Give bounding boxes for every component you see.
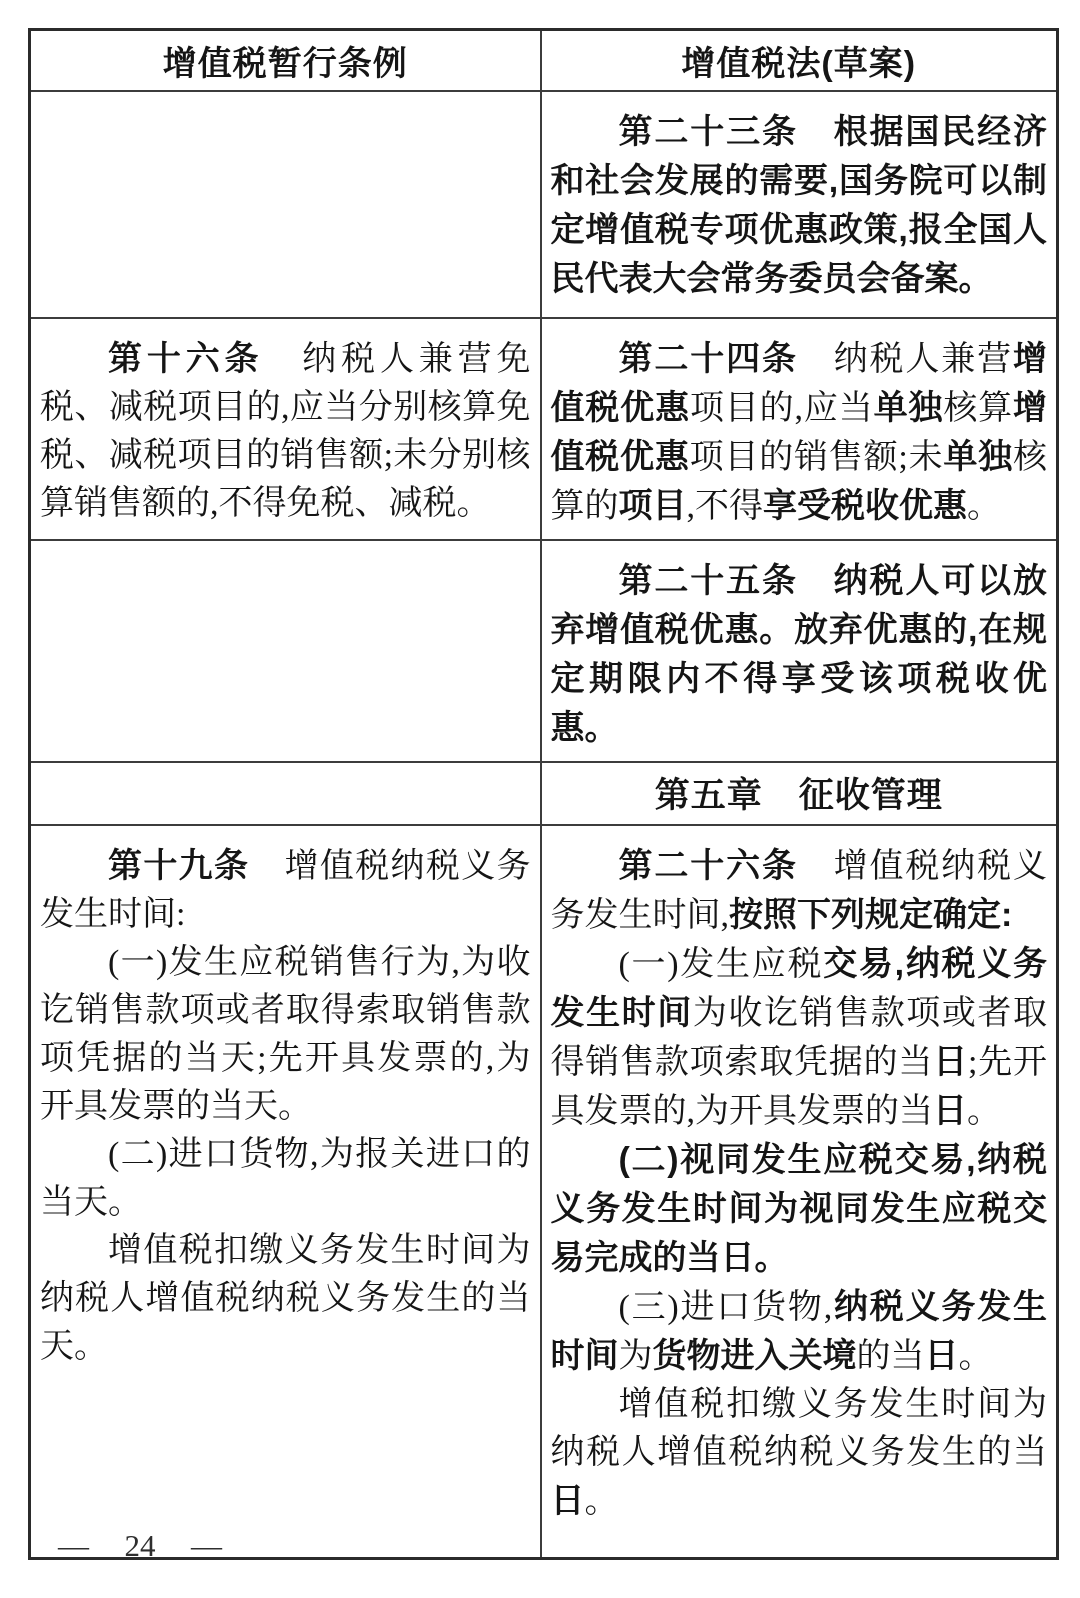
vat-law-comparison-table: 增值税暂行条例 增值税法(草案) 第二十三条 根据国民经济和社会发展的需要,国务… (28, 28, 1059, 1560)
cell-law-article-23: 第二十三条 根据国民经济和社会发展的需要,国务院可以制定增值税专项优惠政策,报全… (541, 91, 1058, 318)
body-text: 的当 (857, 1338, 925, 1375)
cell-regulation-article-16: 第十六条 纳税人兼营免税、减税项目的,应当分别核算免税、减税项目的销售额;未分别… (30, 318, 541, 540)
paragraph: (三)进口货物,纳税义务发生时间为货物进入关境的当日。 (551, 1283, 1048, 1381)
emphasized-text: 享受税收优惠 (763, 487, 967, 525)
emphasized-text: (二)视同发生应税交易,纳税义务发生时间为视同发生应税交易完成的当日。 (551, 1141, 1048, 1277)
emphasized-text: 第二十五条 纳税人可以放弃增值税优惠。放弃优惠的,在规定期限内不得享受该项税收优… (551, 562, 1048, 747)
emphasized-text: 项目 (619, 487, 687, 525)
body-text: 为 (619, 1338, 653, 1375)
body-text: 项目的,应当 (690, 390, 874, 427)
row-article-25: 第二十五条 纳税人可以放弃增值税优惠。放弃优惠的,在规定期限内不得享受该项税收优… (30, 540, 1058, 762)
cell-regulation-empty-1 (30, 91, 541, 318)
body-text: 核算 (943, 390, 1013, 427)
body-text: 纳税人兼营 (798, 341, 1013, 378)
paragraph: (二)视同发生应税交易,纳税义务发生时间为视同发生应税交易完成的当日。 (551, 1136, 1048, 1283)
paragraph: 第二十五条 纳税人可以放弃增值税优惠。放弃优惠的,在规定期限内不得享受该项税收优… (551, 557, 1048, 753)
header-left-title: 增值税暂行条例 (30, 30, 541, 91)
emphasized-text: 第二十六条 (619, 847, 798, 885)
body-text: 项目的销售额;未 (690, 439, 944, 476)
emphasized-text: 第二十四条 (619, 340, 798, 378)
body-text: (一)发生应税销售行为,为收讫销售款项或者取得索取销售款项凭据的当天;先开具发票… (40, 944, 531, 1125)
emphasized-text: 货物进入关境 (653, 1337, 857, 1375)
cell-regulation-empty-3 (30, 762, 541, 825)
paragraph: 第二十四条 纳税人兼营增值税优惠项目的,应当单独核算增值税优惠项目的销售额;未单… (551, 335, 1048, 531)
paragraph: (二)进口货物,为报关进口的当天。 (40, 1131, 531, 1227)
paragraph: (一)发生应税交易,纳税义务发生时间为收讫销售款项或者取得销售款项索取凭据的当日… (551, 940, 1048, 1136)
body-text: (一)发生应税 (619, 946, 824, 983)
body-text: (二)进口货物,为报关进口的当天。 (40, 1136, 531, 1221)
paragraph: 增值税扣缴义务发生时间为纳税人增值税纳税义务发生的当日。 (551, 1381, 1048, 1526)
paragraph: 第二十六条 增值税纳税义务发生时间,按照下列规定确定: (551, 842, 1048, 940)
chapter-5-heading: 第五章 征收管理 (541, 762, 1058, 825)
paragraph: 第十九条 增值税纳税义务发生时间: (40, 842, 531, 939)
body-text: 。 (959, 1338, 993, 1375)
emphasized-text: 单独 (943, 438, 1013, 476)
body-text: 。 (967, 488, 1001, 525)
document-page: 增值税暂行条例 增值税法(草案) 第二十三条 根据国民经济和社会发展的需要,国务… (0, 0, 1080, 1598)
row-article-23: 第二十三条 根据国民经济和社会发展的需要,国务院可以制定增值税专项优惠政策,报全… (30, 91, 1058, 318)
emphasized-text: 日 (933, 1092, 967, 1130)
paragraph: 第二十三条 根据国民经济和社会发展的需要,国务院可以制定增值税专项优惠政策,报全… (551, 108, 1048, 304)
body-text: (三)进口货物, (619, 1289, 833, 1326)
emphasized-text: 第十六条 (108, 340, 263, 378)
emphasized-text: 第二十三条 根据国民经济和社会发展的需要,国务院可以制定增值税专项优惠政策,报全… (551, 113, 1048, 298)
emphasized-text: 单独 (874, 389, 944, 427)
cell-law-article-25: 第二十五条 纳税人可以放弃增值税优惠。放弃优惠的,在规定期限内不得享受该项税收优… (541, 540, 1058, 762)
row-chapter-5: 第五章 征收管理 (30, 762, 1058, 825)
body-text: ,不得 (687, 488, 764, 525)
cell-regulation-empty-2 (30, 540, 541, 762)
paragraph: (一)发生应税销售行为,为收讫销售款项或者取得索取销售款项凭据的当天;先开具发票… (40, 939, 531, 1131)
body-text: 增值税扣缴义务发生时间为纳税人增值税纳税义务发生的当 (551, 1386, 1048, 1471)
cell-law-article-26: 第二十六条 增值税纳税义务发生时间,按照下列规定确定:(一)发生应税交易,纳税义… (541, 825, 1058, 1559)
emphasized-text: 第十九条 (108, 847, 249, 885)
body-text: 。 (585, 1483, 619, 1520)
paragraph: 增值税扣缴义务发生时间为纳税人增值税纳税义务发生的当天。 (40, 1227, 531, 1371)
row-article-16-vs-24: 第十六条 纳税人兼营免税、减税项目的,应当分别核算免税、减税项目的销售额;未分别… (30, 318, 1058, 540)
paragraph: 第十六条 纳税人兼营免税、减税项目的,应当分别核算免税、减税项目的销售额;未分别… (40, 335, 531, 528)
cell-regulation-article-19: 第十九条 增值税纳税义务发生时间:(一)发生应税销售行为,为收讫销售款项或者取得… (30, 825, 541, 1559)
body-text: 。 (967, 1093, 1001, 1130)
cell-law-article-24: 第二十四条 纳税人兼营增值税优惠项目的,应当单独核算增值税优惠项目的销售额;未单… (541, 318, 1058, 540)
emphasized-text: 日 (933, 1043, 968, 1081)
page-number: — 24 — (58, 1528, 222, 1564)
table-header-row: 增值税暂行条例 增值税法(草案) (30, 30, 1058, 91)
emphasized-text: 日 (551, 1482, 585, 1520)
emphasized-text: 日 (925, 1337, 959, 1375)
body-text: 增值税扣缴义务发生时间为纳税人增值税纳税义务发生的当天。 (40, 1232, 531, 1365)
header-right-title: 增值税法(草案) (541, 30, 1058, 91)
row-article-19-vs-26: 第十九条 增值税纳税义务发生时间:(一)发生应税销售行为,为收讫销售款项或者取得… (30, 825, 1058, 1559)
emphasized-text: 按照下列规定确定: (729, 896, 1012, 934)
